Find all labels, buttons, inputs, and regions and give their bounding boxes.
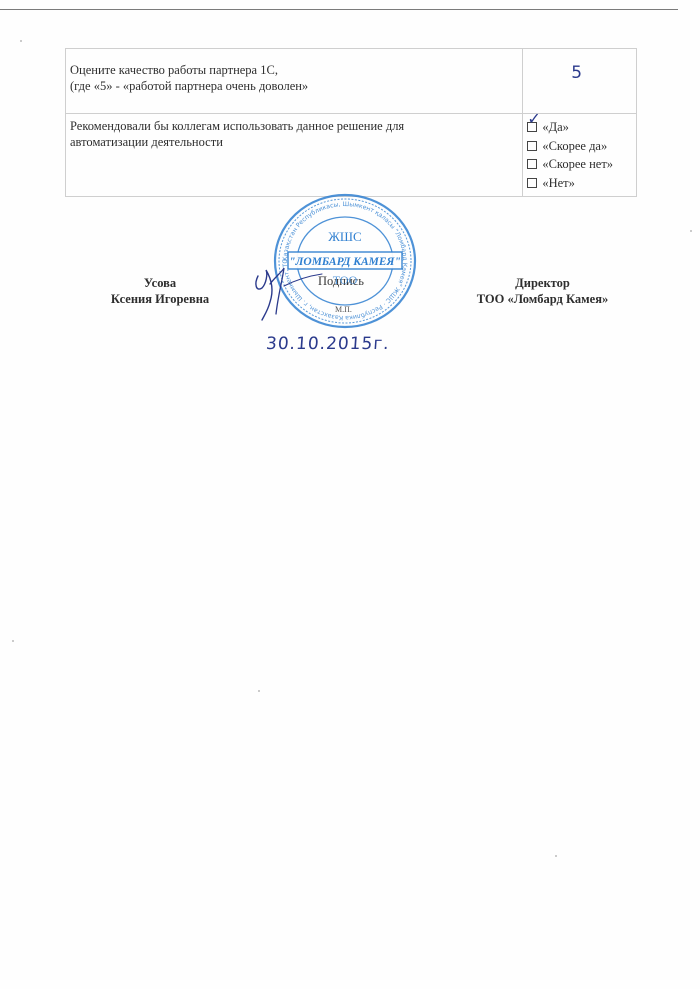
scanned-page: Оцените качество работы партнера 1С, (гд… (0, 0, 700, 989)
option-label: «Нет» (542, 175, 575, 191)
signer-title: Директор ТОО «Ломбард Камея» (455, 275, 630, 307)
question-text: (где «5» - «работой партнера очень довол… (70, 78, 518, 94)
question-text: Рекомендовали бы коллегам использовать д… (70, 118, 518, 134)
answer-cell-rating: 5 (523, 49, 637, 114)
option-label: «Да» (542, 119, 569, 135)
option-label: «Скорее да» (542, 138, 607, 154)
option-rather-no[interactable]: «Скорее нет» (527, 155, 632, 174)
survey-table: Оцените качество работы партнера 1С, (гд… (65, 48, 637, 197)
signer-surname: Усова (95, 275, 225, 291)
option-yes[interactable]: ✓ «Да» (527, 118, 632, 137)
signer-company: ТОО «Ломбард Камея» (455, 291, 630, 307)
question-cell-rating: Оцените качество работы партнера 1С, (гд… (66, 49, 523, 114)
checkbox-checked-icon[interactable]: ✓ (527, 122, 537, 132)
stamp-center-top: ЖШС (328, 229, 361, 244)
answer-cell-recommend: ✓ «Да» «Скорее да» «Скорее нет» «Нет» (523, 114, 637, 197)
question-cell-recommend: Рекомендовали бы коллегам использовать д… (66, 114, 523, 197)
checkbox-icon[interactable] (527, 141, 537, 151)
signer-position: Директор (455, 275, 630, 291)
scan-speck (12, 640, 14, 642)
signer-name: Усова Ксения Игоревна (95, 275, 225, 307)
option-no[interactable]: «Нет» (527, 174, 632, 193)
checkbox-icon[interactable] (527, 159, 537, 169)
scan-speck (258, 690, 260, 692)
handwritten-check-icon: ✓ (527, 111, 540, 127)
question-text: Оцените качество работы партнера 1С, (70, 62, 518, 78)
table-row: Рекомендовали бы коллегам использовать д… (66, 114, 637, 197)
table-row: Оцените качество работы партнера 1С, (гд… (66, 49, 637, 114)
scan-speck (20, 40, 22, 42)
scan-speck (690, 230, 692, 232)
question-text: автоматизации деятельности (70, 134, 518, 150)
stamp-center-bottom: ТОО (333, 273, 358, 287)
signer-given-names: Ксения Игоревна (95, 291, 225, 307)
option-rather-yes[interactable]: «Скорее да» (527, 137, 632, 156)
scan-edge-line (0, 9, 678, 10)
handwritten-signature-icon (250, 262, 325, 322)
option-label: «Скорее нет» (542, 156, 613, 172)
checkbox-icon[interactable] (527, 178, 537, 188)
scan-speck (555, 855, 557, 857)
handwritten-date: 30.10.2015г. (265, 334, 390, 354)
handwritten-score: 5 (521, 65, 632, 81)
